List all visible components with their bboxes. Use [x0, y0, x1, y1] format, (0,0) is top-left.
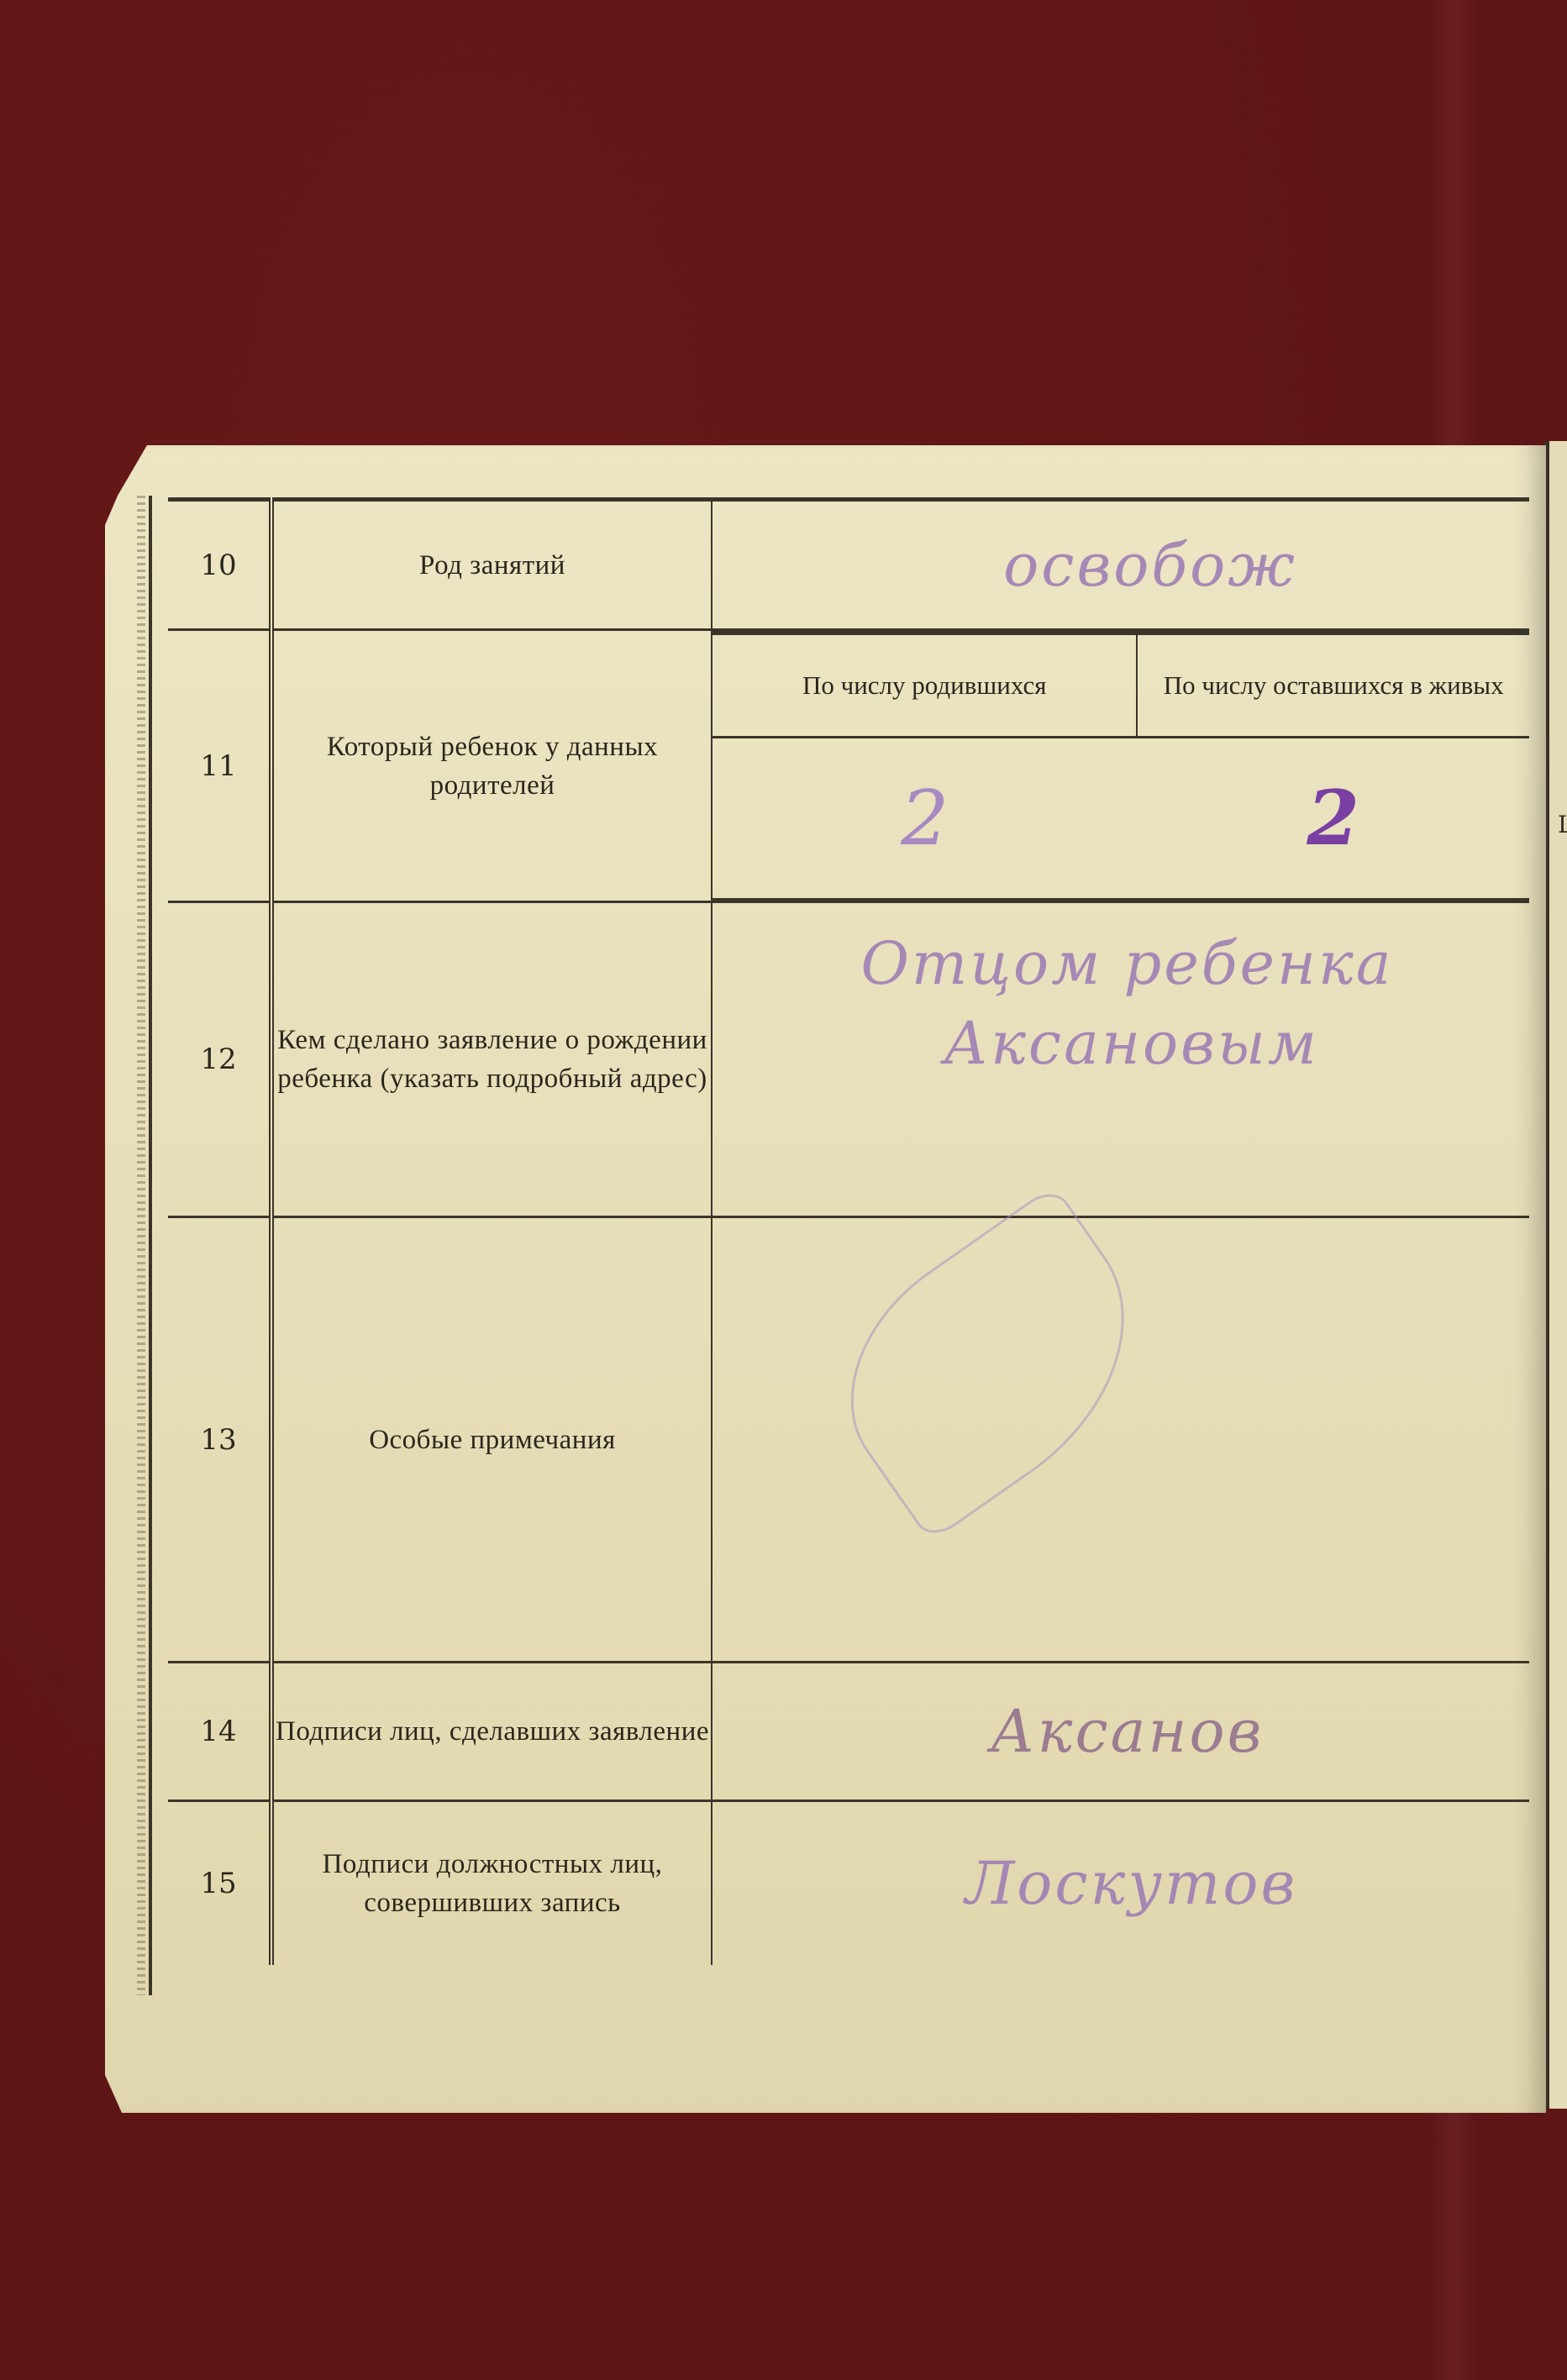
surviving-count-field[interactable]: 2: [1137, 738, 1529, 900]
row-label: Кем сделано заявление о рождении ребенка…: [271, 902, 712, 1217]
handwritten-surviving-count: 2: [1307, 774, 1359, 863]
table-row-notes: 13 Особые примечания: [168, 1217, 1529, 1663]
table-row-declarant: 12 Кем сделано заявление о рождении ребе…: [168, 902, 1529, 1217]
row-label: Род занятий: [271, 500, 712, 630]
row-value-field[interactable]: [712, 1217, 1529, 1663]
table-row-official-signature: 15 Подписи должностных лиц, совершивших …: [168, 1801, 1529, 1965]
handwritten-official-signature: Лоскутов: [965, 1849, 1297, 1918]
born-count-field[interactable]: 2: [713, 738, 1137, 900]
registry-table: 10 Род занятий освобож 11 Который ребено…: [168, 497, 1529, 1965]
strike-through-mark: [802, 1184, 1182, 1543]
signature-field[interactable]: Лоскутов: [712, 1801, 1529, 1965]
row-label: Подписи должностных лиц, совершивших зап…: [271, 1801, 712, 1965]
handwritten-declarant-line-1: Отцом ребенка: [725, 924, 1529, 1004]
row-value-field: По числу родившихся По числу оставшихся …: [712, 630, 1529, 902]
facing-page-edge: L: [1544, 441, 1567, 2109]
row-label: Подписи лиц, сделавших заявление: [271, 1663, 712, 1801]
table-row-declarant-signature: 14 Подписи лиц, сделавших заявление Акса…: [168, 1663, 1529, 1801]
handwritten-declarant-signature: Аксанов: [991, 1697, 1265, 1766]
table-row-child-order: 11 Который ребенок у данных родителей По…: [168, 630, 1529, 902]
row-label: Особые примечания: [271, 1217, 712, 1663]
subheader-born: По числу родившихся: [713, 633, 1137, 738]
margin-rule: [149, 496, 152, 1995]
handwritten-occupation: освобож: [1003, 531, 1297, 600]
row-value-field[interactable]: освобож: [712, 500, 1529, 630]
child-order-subtable: По числу родившихся По числу оставшихся …: [713, 631, 1529, 901]
row-number: 13: [168, 1217, 271, 1663]
registry-page: 10 Род занятий освобож 11 Который ребено…: [105, 445, 1546, 2113]
row-number: 10: [168, 500, 271, 630]
subheader-surviving: По числу оставшихся в живых: [1137, 633, 1529, 738]
row-number: 11: [168, 630, 271, 902]
table-row-occupation: 10 Род занятий освобож: [168, 500, 1529, 630]
row-number: 15: [168, 1801, 271, 1965]
handwritten-born-count: 2: [901, 775, 949, 863]
row-value-field[interactable]: Отцом ребенка Аксановым: [712, 902, 1529, 1217]
signature-field[interactable]: Аксанов: [712, 1663, 1529, 1801]
facing-page-text-fragment: L: [1558, 811, 1567, 838]
row-number: 12: [168, 902, 271, 1217]
perforated-edge: [137, 496, 145, 1995]
handwritten-declarant-line-2: Аксановым: [734, 1004, 1529, 1084]
row-number: 14: [168, 1663, 271, 1801]
row-label: Который ребенок у данных родителей: [271, 630, 712, 902]
